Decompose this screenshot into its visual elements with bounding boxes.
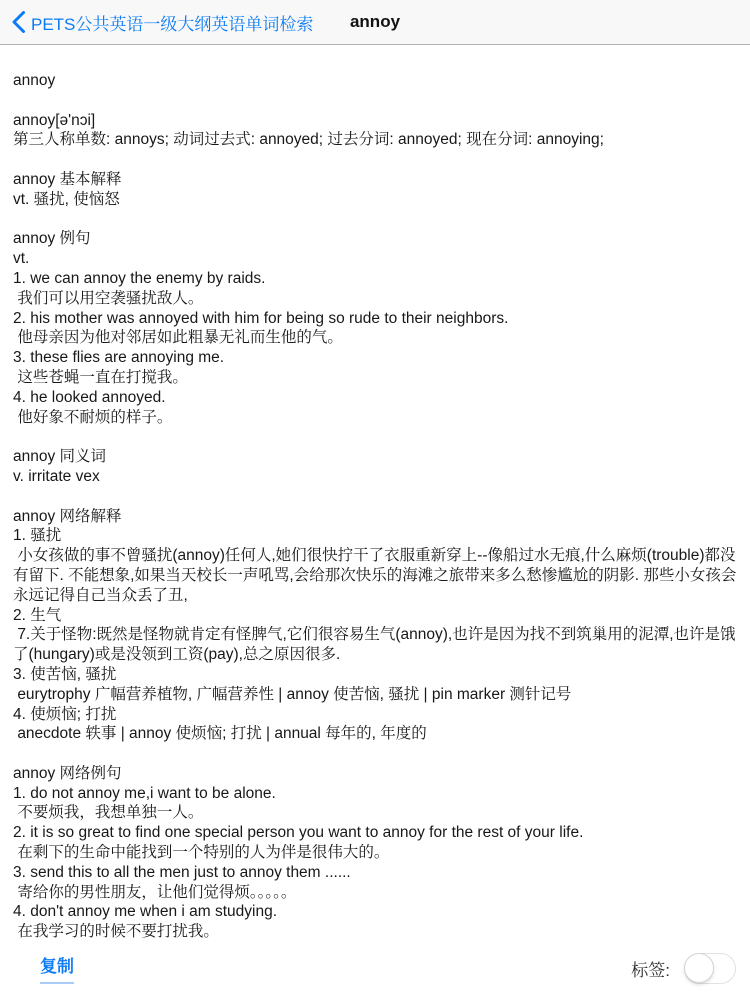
content-line: 4. he looked annoyed. bbox=[13, 388, 737, 408]
content-line bbox=[13, 487, 737, 507]
tag-group: 标签: bbox=[631, 953, 736, 984]
content-line bbox=[13, 150, 737, 170]
content-line: annoy 网络例句 bbox=[13, 764, 737, 784]
content-line: 他母亲因为他对邻居如此粗暴无礼而生他的气。 bbox=[13, 328, 737, 348]
back-button-label: PETS公共英语一级大纲英语单词检索 bbox=[31, 10, 313, 35]
content-line: 在我学习的时候不要打扰我。 bbox=[13, 922, 737, 942]
back-chevron-icon bbox=[12, 11, 25, 33]
content-line: v. irritate vex bbox=[13, 467, 737, 487]
content-line: 4. 使烦恼; 打扰 bbox=[13, 705, 737, 725]
tag-toggle-switch[interactable] bbox=[684, 953, 736, 984]
content-line: anecdote 轶事 | annoy 使烦恼; 打扰 | annual 每年的… bbox=[13, 724, 737, 744]
content-line: 这些苍蝇一直在打搅我。 bbox=[13, 368, 737, 388]
content-line bbox=[13, 91, 737, 111]
content-line: 不要烦我，我想单独一人。 bbox=[13, 803, 737, 823]
content-line: 小女孩做的事不曾骚扰(annoy)任何人,她们很快拧干了衣服重新穿上--像船过水… bbox=[13, 546, 737, 605]
content-line: 1. 骚扰 bbox=[13, 526, 737, 546]
content-line: vt. bbox=[13, 249, 737, 269]
content-line: 1. do not annoy me,i want to be alone. bbox=[13, 784, 737, 804]
content-line: 3. these flies are annoying me. bbox=[13, 348, 737, 368]
navigation-bar: PETS公共英语一级大纲英语单词检索 annoy bbox=[0, 0, 750, 45]
content-line: 2. it is so great to find one special pe… bbox=[13, 823, 737, 843]
content-line: vt. 骚扰, 使恼怒 bbox=[13, 190, 737, 210]
content-line: 4. don't annoy me when i am studying. bbox=[13, 902, 737, 922]
content-line: 在剩下的生命中能找到一个特别的人为伴是很伟大的。 bbox=[13, 843, 737, 863]
content-line: annoy 例句 bbox=[13, 229, 737, 249]
content-line: annoy 网络解释 bbox=[13, 507, 737, 527]
content-line: 第三人称单数: annoys; 动词过去式: annoyed; 过去分词: an… bbox=[13, 130, 737, 150]
content-line: 3. 使苦恼, 骚扰 bbox=[13, 665, 737, 685]
content-line bbox=[13, 744, 737, 764]
content-line: annoy[ə'nɔi] bbox=[13, 111, 737, 131]
content-line: 1. we can annoy the enemy by raids. bbox=[13, 269, 737, 289]
content-line bbox=[13, 427, 737, 447]
back-button[interactable]: PETS公共英语一级大纲英语单词检索 bbox=[12, 10, 313, 35]
content-line: annoy bbox=[13, 71, 737, 91]
content-line: 他好象不耐烦的样子。 bbox=[13, 408, 737, 428]
content-line: eurytrophy 广幅营养植物, 广幅营养性 | annoy 使苦恼, 骚扰… bbox=[13, 685, 737, 705]
content-line: 寄给你的男性朋友，让他们觉得烦。。。。。 bbox=[13, 883, 737, 903]
toggle-knob bbox=[684, 953, 714, 983]
content-line: annoy 同义词 bbox=[13, 447, 737, 467]
app-screen: PETS公共英语一级大纲英语单词检索 annoy annoyannoy[ə'nɔ… bbox=[0, 0, 750, 1000]
content-line: 2. 生气 bbox=[13, 606, 737, 626]
dictionary-entry: annoyannoy[ə'nɔi]第三人称单数: annoys; 动词过去式: … bbox=[0, 45, 750, 942]
bottom-toolbar: 复制 标签: bbox=[0, 942, 750, 1000]
content-line: 2. his mother was annoyed with him for b… bbox=[13, 309, 737, 329]
content-line: annoy 基本解释 bbox=[13, 170, 737, 190]
content-line: 3. send this to all the men just to anno… bbox=[13, 863, 737, 883]
content-line bbox=[13, 210, 737, 230]
content-line: 我们可以用空袭骚扰敌人。 bbox=[13, 289, 737, 309]
copy-button[interactable]: 复制 bbox=[40, 952, 74, 984]
content-line: 7.关于怪物:既然是怪物就肯定有怪脾气,它们很容易生气(annoy),也许是因为… bbox=[13, 625, 737, 665]
tag-label: 标签: bbox=[631, 956, 670, 981]
